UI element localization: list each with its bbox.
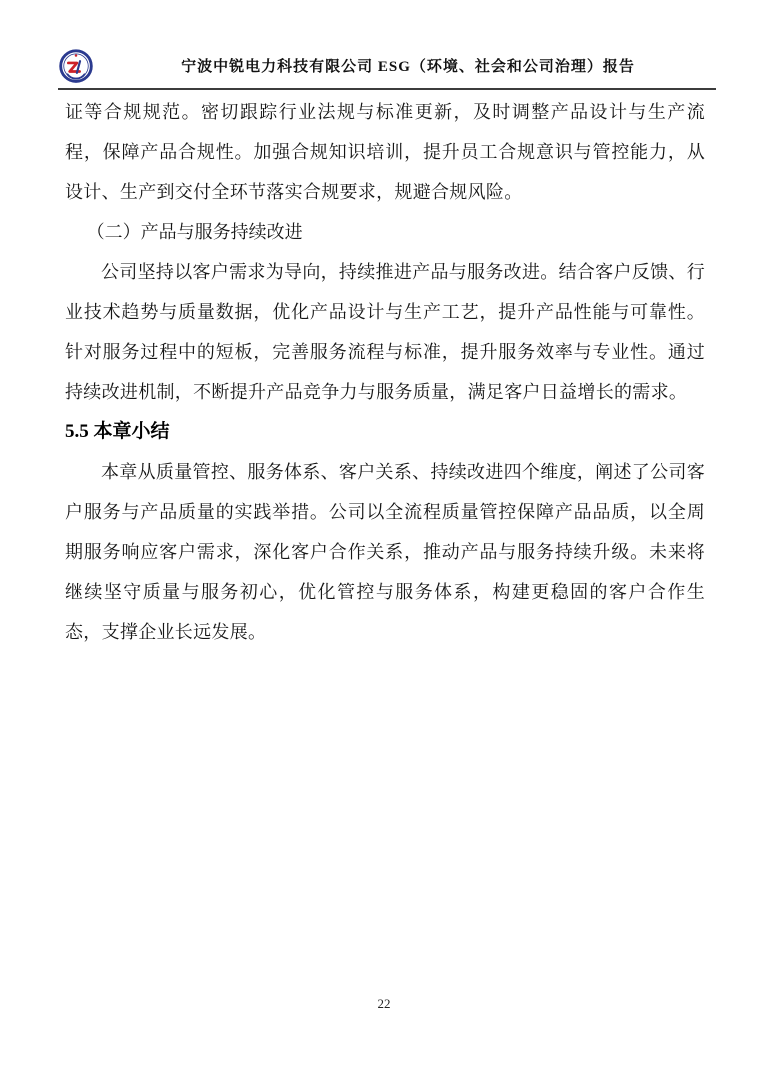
document-body: 证等合规规范。密切跟踪行业法规与标准更新，及时调整产品设计与生产流程，保障产品合… bbox=[65, 92, 705, 652]
company-logo bbox=[58, 47, 100, 87]
section-heading-chapter-summary: 5.5 本章小结 bbox=[65, 412, 705, 452]
paragraph-compliance-continued: 证等合规规范。密切跟踪行业法规与标准更新，及时调整产品设计与生产流程，保障产品合… bbox=[65, 92, 705, 212]
page-footer: 22 bbox=[0, 996, 768, 1012]
page-number: 22 bbox=[378, 996, 391, 1011]
page-header: 宁波中锐电力科技有限公司 ESG（环境、社会和公司治理）报告 bbox=[58, 46, 716, 90]
company-logo-icon bbox=[58, 49, 94, 85]
subheading-product-service-improvement: （二）产品与服务持续改进 bbox=[65, 212, 705, 252]
paragraph-customer-oriented-improvement: 公司坚持以客户需求为导向，持续推进产品与服务改进。结合客户反馈、行业技术趋势与质… bbox=[65, 252, 705, 412]
paragraph-chapter-summary: 本章从质量管控、服务体系、客户关系、持续改进四个维度，阐述了公司客户服务与产品质… bbox=[65, 452, 705, 652]
report-title: 宁波中锐电力科技有限公司 ESG（环境、社会和公司治理）报告 bbox=[100, 47, 716, 87]
document-page: 宁波中锐电力科技有限公司 ESG（环境、社会和公司治理）报告 证等合规规范。密切… bbox=[0, 0, 768, 1086]
